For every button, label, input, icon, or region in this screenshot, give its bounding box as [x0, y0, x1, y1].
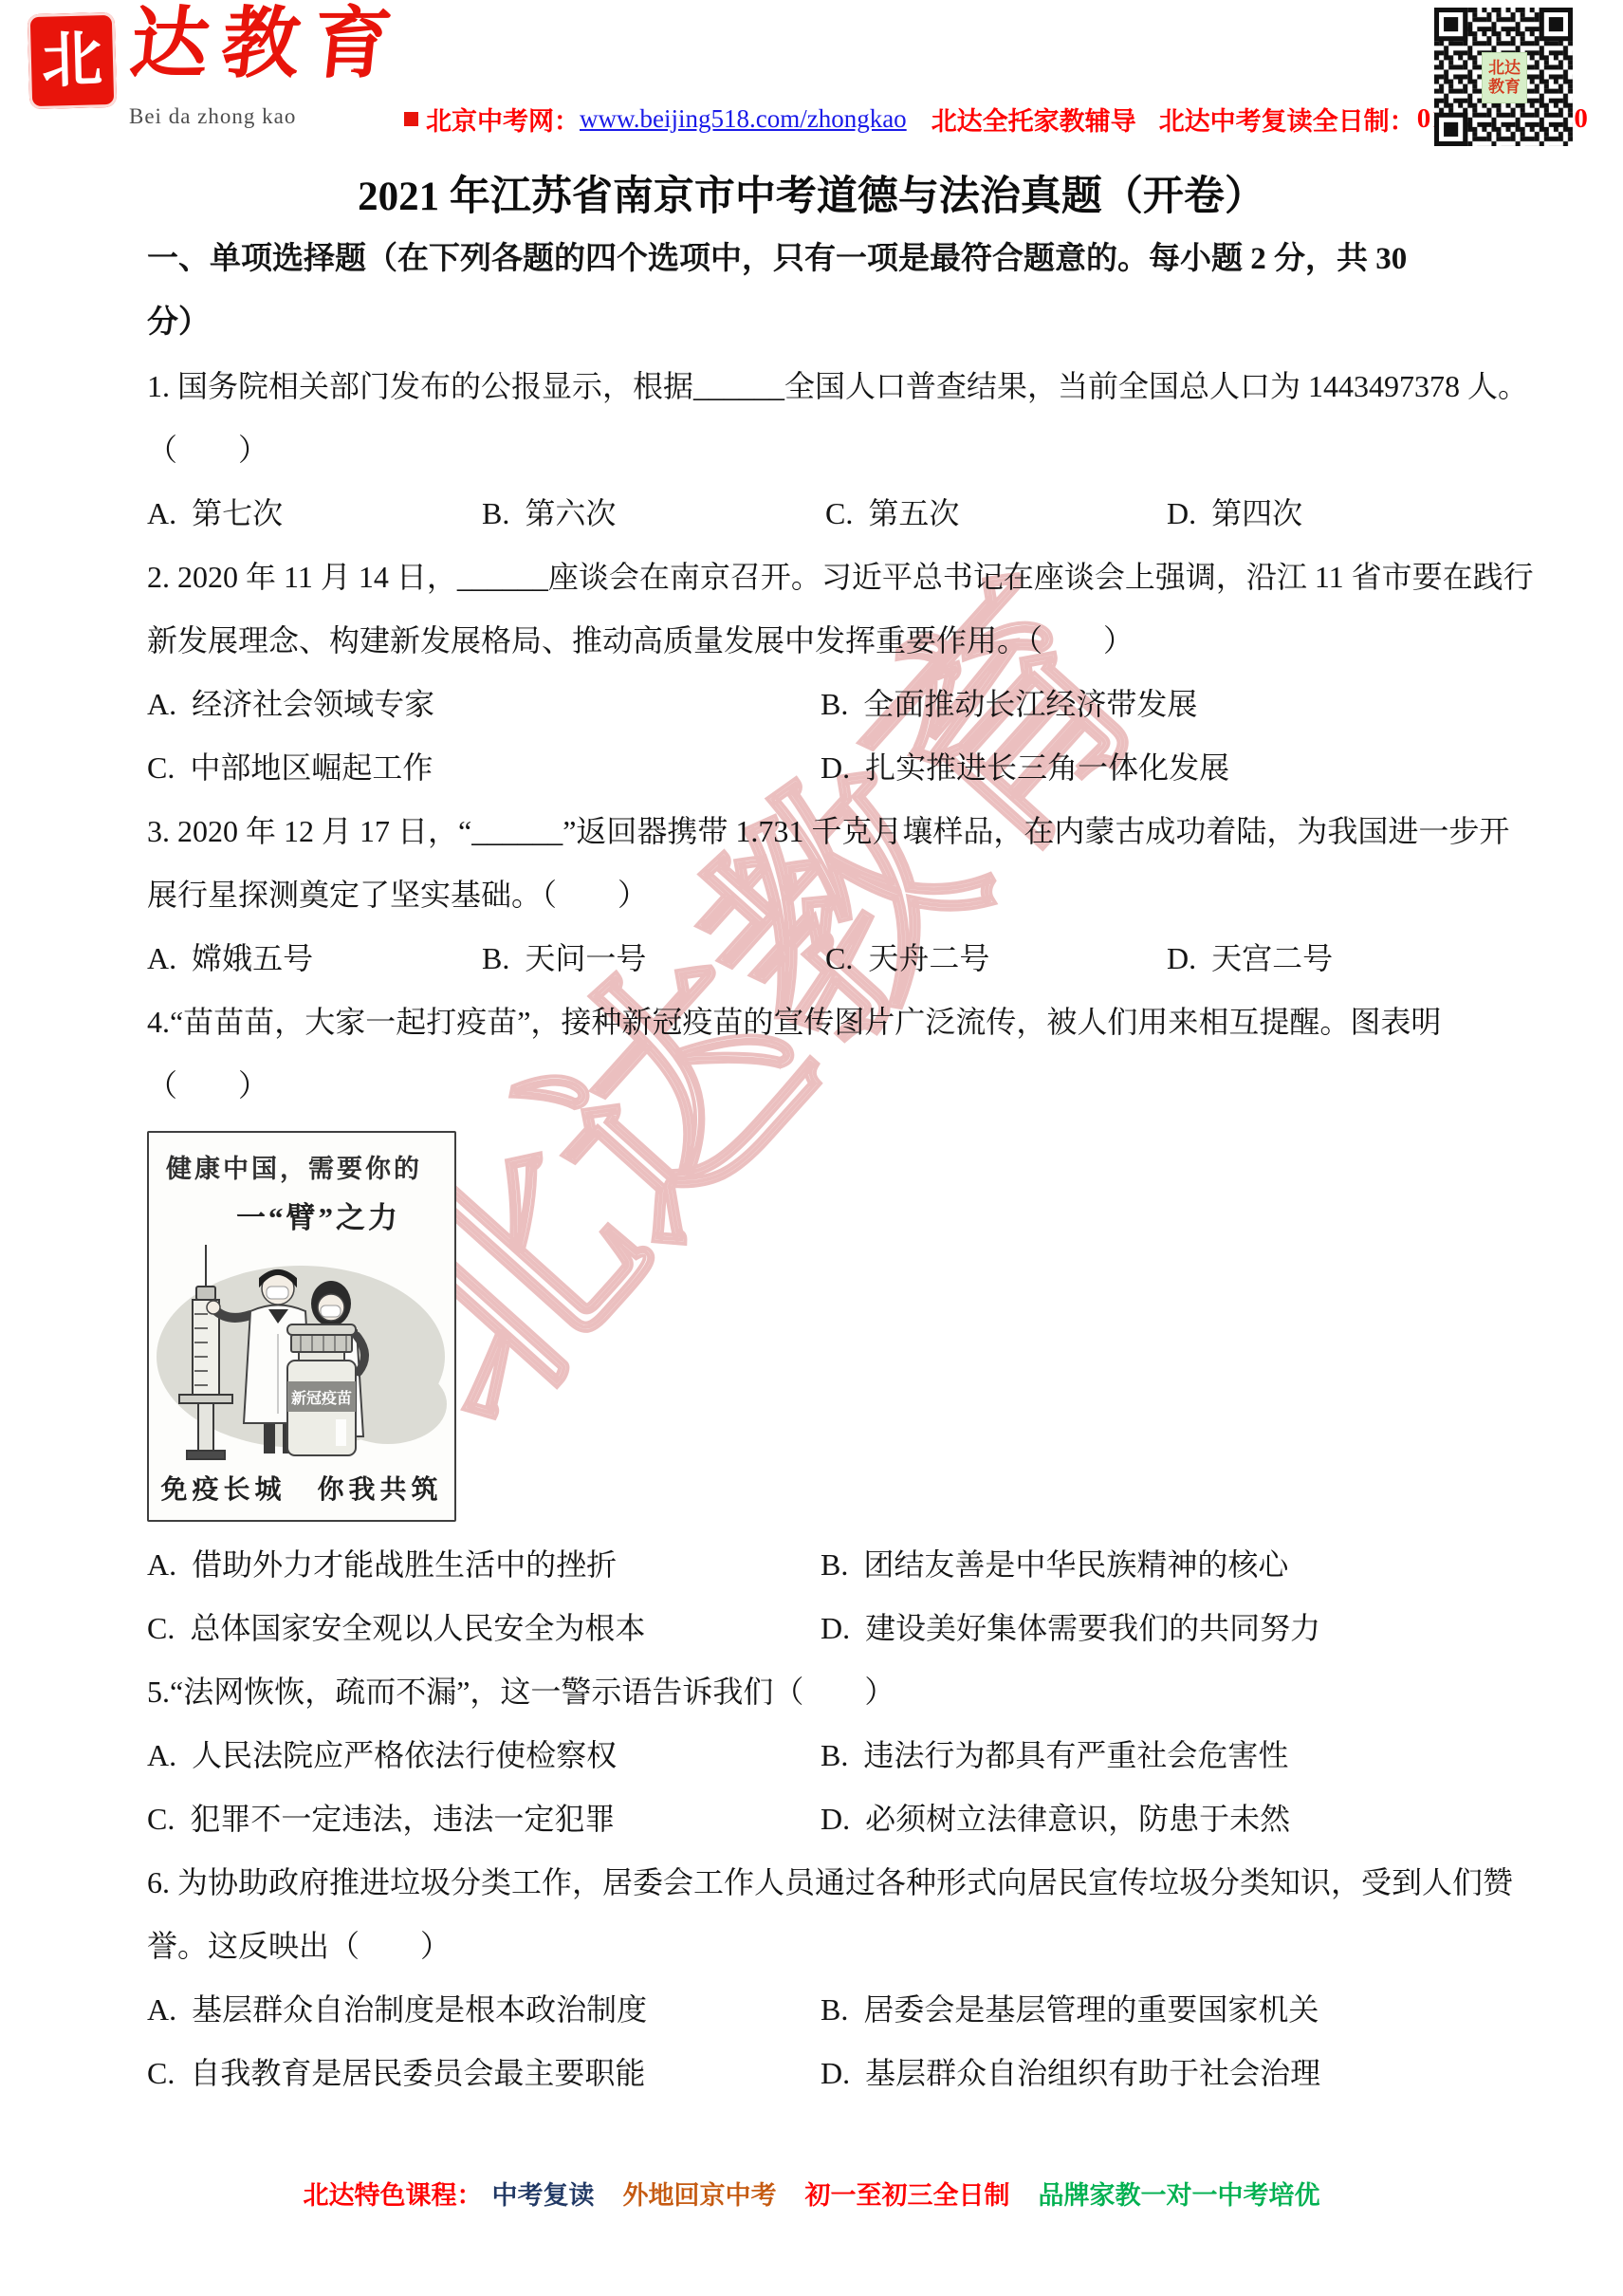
- red-square-bullet-icon: [404, 112, 418, 126]
- question-5-options-row-1: A.人民法院应严格依法行使检察权 B.违法行为都具有严重社会危害性: [147, 1724, 1527, 1787]
- page-title: 2021 年江苏省南京市中考道德与法治真题（开卷）: [0, 167, 1623, 228]
- question-4-option-c: C.总体国家安全观以人民安全为根本: [147, 1597, 645, 1660]
- poster-caption-bottom: 免疫长城 你我共筑: [149, 1469, 454, 1507]
- footer-item-huijing: 外地回京中考: [623, 2181, 777, 2210]
- question-6-text-line-1: 6. 为协助政府推进垃圾分类工作，居委会工作人员通过各种形式向居民宣传垃圾分类知…: [147, 1851, 1527, 1915]
- question-4-option-d: D.建设美好集体需要我们的共同努力: [821, 1597, 1320, 1660]
- question-2-text-line-2: 新发展理念、构建新发展格局、推动高质量发展中发挥重要作用。（ ）: [147, 609, 1527, 673]
- question-2-options-row-1: A.经济社会领域专家 B.全面推动长江经济带发展: [147, 673, 1527, 736]
- logo-seal: 北: [28, 12, 118, 109]
- poster-caption-top: 健康中国，需要你的: [166, 1148, 422, 1185]
- qr-code: 北达 教育: [1434, 8, 1573, 146]
- page-footer: 北达特色课程：中考复读外地回京中考初一至初三全日制品牌家教一对一中考培优: [0, 2175, 1623, 2212]
- question-4-answer-blank: （ ）: [147, 1054, 1527, 1118]
- document-body: 2021 年江苏省南京市中考道德与法治真题（开卷） 一、单项选择题（在下列各题的…: [0, 167, 1623, 2105]
- question-3-option-a: A.嫦娥五号: [147, 927, 313, 991]
- question-1-option-b: B.第六次: [482, 482, 616, 546]
- question-1-answer-blank: （ ）: [147, 418, 1527, 482]
- question-6-options-row-2: C.自我教育是居民委员会最主要职能 D.基层群众自治组织有助于社会治理: [147, 2042, 1527, 2105]
- question-4-options-row-2: C.总体国家安全观以人民安全为根本 D.建设美好集体需要我们的共同努力: [147, 1597, 1527, 1660]
- page-header: 北 达教育 Bei da zhong kao 北京中考网： www.beijin…: [0, 0, 1623, 161]
- question-6-options-row-1: A.基层群众自治制度是根本政治制度 B.居委会是基层管理的重要国家机关: [147, 1978, 1527, 2042]
- qr-center-logo: 北达 教育: [1482, 52, 1527, 103]
- question-3-options: A.嫦娥五号 B.天问一号 C.天舟二号 D.天宫二号: [147, 927, 1527, 991]
- question-6-option-c: C.自我教育是居民委员会最主要职能: [147, 2042, 645, 2105]
- footer-item-fudu: 中考复读: [492, 2181, 595, 2210]
- footer-item-jiajiao: 品牌家教一对一中考培优: [1039, 2181, 1320, 2210]
- section-heading-line-2: 分）: [147, 291, 1527, 355]
- vaccine-bottle-graphic: 新冠疫苗: [287, 1324, 356, 1455]
- question-4-options-row-1: A.借助外力才能战胜生活中的挫折 B.团结友善是中华民族精神的核心: [147, 1533, 1527, 1597]
- logo-seal-char: 北: [41, 29, 103, 92]
- logo-text: 达教育: [126, 2, 408, 87]
- question-2-text-line-1: 2. 2020 年 11 月 14 日，______座谈会在南京召开。习近平总书…: [147, 546, 1527, 609]
- question-3-text-line-1: 3. 2020 年 12 月 17 日，“______”返回器携带 1.731 …: [147, 800, 1527, 863]
- question-5-option-c: C.犯罪不一定违法，违法一定犯罪: [147, 1787, 615, 1851]
- question-2-options-row-2: C.中部地区崛起工作 D.扎实推进长三角一体化发展: [147, 736, 1527, 800]
- question-6-option-b: B.居委会是基层管理的重要国家机关: [821, 1978, 1319, 2042]
- question-2-option-b: B.全面推动长江经济带发展: [821, 673, 1197, 736]
- vaccine-poster-image: 健康中国，需要你的 一“臂”之力: [147, 1131, 456, 1522]
- promo-tutoring: 北达全托家教辅导: [931, 101, 1136, 138]
- question-5-text-line-1: 5.“法网恢恢，疏而不漏”，这一警示语告诉我们（ ）: [147, 1660, 1527, 1724]
- exam-document-page: 北达教育 北 达教育 Bei da zhong kao 北京中考网： www.b…: [0, 0, 1623, 2296]
- poster-caption-middle: 一“臂”之力: [236, 1194, 400, 1236]
- question-2-option-d: D.扎实推进长三角一体化发展: [821, 736, 1229, 800]
- question-4-option-a: A.借助外力才能战胜生活中的挫折: [147, 1533, 617, 1597]
- section-heading-line-1: 一、单项选择题（在下列各题的四个选项中，只有一项是最符合题意的。每小题 2 分，…: [147, 228, 1527, 291]
- logo-tagline: Bei da zhong kao: [129, 104, 296, 129]
- footer-label: 北达特色课程：: [304, 2181, 483, 2210]
- header-contact-row: 北京中考网： www.beijing518.com/zhongkao 北达全托家…: [404, 101, 1589, 138]
- question-4-text-line-1: 4.“苗苗苗，大家一起打疫苗”，接种新冠疫苗的宣传图片广泛流传，被人们用来相互提…: [147, 991, 1527, 1054]
- question-1-options: A.第七次 B.第六次 C.第五次 D.第四次: [147, 482, 1527, 546]
- question-3-option-c: C.天舟二号: [825, 927, 989, 991]
- promo-fulltime: 北达中考复读全日制：: [1159, 101, 1415, 138]
- footer-item-quanrizhi: 初一至初三全日制: [805, 2181, 1010, 2210]
- question-2-option-c: C.中部地区崛起工作: [147, 736, 433, 800]
- question-3-text-line-2: 展行星探测奠定了坚实基础。（ ）: [147, 863, 1527, 927]
- question-1-option-d: D.第四次: [1167, 482, 1302, 546]
- question-1-text-line-1: 1. 国务院相关部门发布的公报显示，根据______全国人口普查结果，当前全国总…: [147, 355, 1527, 418]
- bottle-label-text: 新冠疫苗: [291, 1389, 352, 1407]
- qr-center-text-1: 北达: [1488, 59, 1521, 78]
- poster-illustration: 新冠疫苗: [149, 1243, 454, 1467]
- qr-center-text-2: 教育: [1488, 78, 1521, 97]
- question-2-option-a: A.经济社会领域专家: [147, 673, 434, 736]
- question-1-option-a: A.第七次: [147, 482, 283, 546]
- exam-content: 一、单项选择题（在下列各题的四个选项中，只有一项是最符合题意的。每小题 2 分，…: [0, 228, 1623, 2105]
- question-6-text-line-2: 誉。这反映出（ ）: [147, 1915, 1527, 1978]
- question-5-option-b: B.违法行为都具有严重社会危害性: [821, 1724, 1288, 1787]
- question-6-option-d: D.基层群众自治组织有助于社会治理: [821, 2042, 1320, 2105]
- question-3-option-d: D.天宫二号: [1167, 927, 1333, 991]
- question-1-option-c: C.第五次: [825, 482, 959, 546]
- question-3-option-b: B.天问一号: [482, 927, 646, 991]
- question-6-option-a: A.基层群众自治制度是根本政治制度: [147, 1978, 647, 2042]
- site-link[interactable]: www.beijing518.com/zhongkao: [580, 104, 907, 134]
- question-5-option-a: A.人民法院应严格依法行使检察权: [147, 1724, 617, 1787]
- site-label: 北京中考网：: [426, 101, 580, 138]
- question-5-option-d: D.必须树立法律意识，防患于未然: [821, 1787, 1290, 1851]
- question-4-option-b: B.团结友善是中华民族精神的核心: [821, 1533, 1288, 1597]
- question-5-options-row-2: C.犯罪不一定违法，违法一定犯罪 D.必须树立法律意识，防患于未然: [147, 1787, 1527, 1851]
